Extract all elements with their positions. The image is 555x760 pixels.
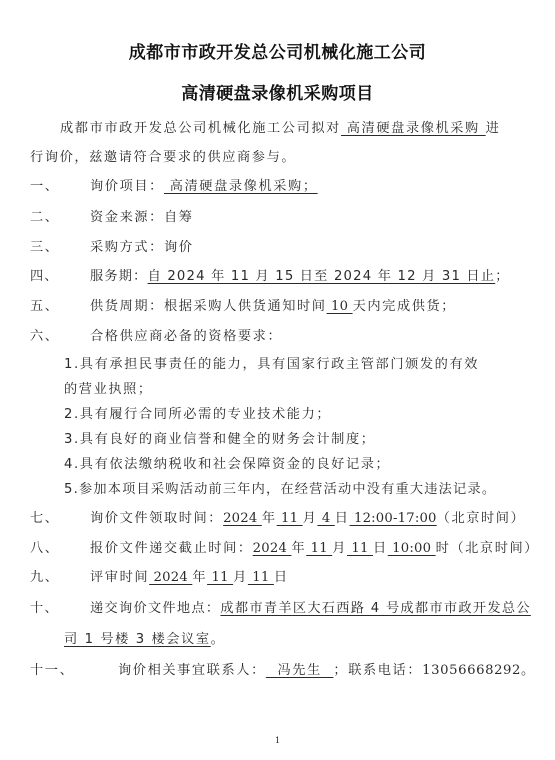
- section-label: 采购方式：: [90, 240, 164, 255]
- contact-person: 冯先生: [266, 663, 334, 678]
- year-value: 2024: [223, 511, 262, 526]
- section-quote-deadline: 八、报价文件递交截止时间：2024 年 11 月 11 日 10:00 时（北京…: [30, 537, 539, 556]
- intro-paragraph-line2: 行询价，兹邀请符合要求的供应商参与。: [30, 146, 296, 165]
- requirement-item-1: 1.具有承担民事责任的能力，具有国家行政主管部门颁发的有效: [64, 353, 479, 372]
- section-number: 六、: [30, 325, 90, 344]
- deadline-time: 10:00: [388, 541, 436, 556]
- section-number: 一、: [30, 175, 90, 194]
- requirement-item-2: 2.具有履行合同所必需的专业技术能力；: [64, 403, 331, 422]
- section-funding-source: 二、资金来源：自筹: [30, 206, 194, 225]
- section-value: 高清硬盘录像机采购；: [164, 179, 318, 194]
- section-value: 询价: [164, 240, 194, 255]
- document-title-company: 成都市市政开发总公司机械化施工公司: [0, 38, 555, 63]
- requirement-item-4: 4.具有依法缴纳税收和社会保障资金的良好记录；: [64, 453, 390, 472]
- section-label: 询价相关事宜联系人：: [118, 663, 266, 678]
- year-unit: 年: [262, 511, 277, 526]
- address-line1: 成都市青羊区大石西路 4 号成都市市政开发总公: [220, 601, 530, 616]
- section-tail: ；: [495, 269, 509, 284]
- section-label: 供货周期：: [90, 299, 164, 314]
- section-number: 九、: [30, 566, 90, 585]
- month-unit: 月: [332, 541, 347, 556]
- month-unit: 月: [303, 511, 318, 526]
- section-number: 八、: [30, 537, 90, 556]
- address-line2: 司 1 号楼 3 楼会议室: [64, 632, 211, 647]
- month-value: 11: [277, 511, 303, 526]
- year-unit: 年: [291, 541, 306, 556]
- contact-end: 。: [521, 663, 536, 678]
- section-number: 五、: [30, 295, 90, 314]
- section-label: 询价文件领取时间：: [90, 511, 223, 526]
- section-label: 递交询价文件地点：: [90, 601, 220, 616]
- section-label: 服务期：: [90, 269, 148, 284]
- year-unit: 年: [192, 570, 207, 585]
- intro-paragraph-line1: 成都市市政开发总公司机械化施工公司拟对 高清硬盘录像机采购 进: [60, 117, 500, 136]
- intro-prefix: 成都市市政开发总公司机械化施工公司拟对: [60, 121, 341, 136]
- section-delivery-period: 五、供货周期：根据采购人供货通知时间 10 天内完成供货；: [30, 295, 456, 314]
- section-submission-location: 十、递交询价文件地点：成都市青羊区大石西路 4 号成都市市政开发总公: [30, 597, 531, 616]
- page-number: 1: [0, 736, 555, 745]
- year-value: 2024: [149, 570, 192, 585]
- phone-number: 13056668292: [422, 663, 521, 678]
- hour-unit: 时: [436, 541, 451, 556]
- section-submission-location-cont: 司 1 号楼 3 楼会议室。: [64, 628, 225, 647]
- timezone-note: （北京时间）: [450, 541, 539, 556]
- day-unit: 日: [373, 541, 388, 556]
- time-range: 12:00-17:00: [350, 511, 437, 526]
- section-service-period: 四、服务期：自 2024 年 11 月 15 日至 2024 年 12 月 31…: [30, 265, 510, 284]
- address-end: 。: [211, 632, 226, 647]
- day-value: 11: [347, 541, 373, 556]
- day-unit: 日: [335, 511, 350, 526]
- section-review-date: 九、评审时间 2024 年 11 月 11 日: [30, 566, 289, 585]
- section-inquiry-project: 一、询价项目： 高清硬盘录像机采购；: [30, 175, 318, 194]
- document-page: 成都市市政开发总公司机械化施工公司 高清硬盘录像机采购项目 成都市市政开发总公司…: [0, 0, 555, 760]
- section-number: 四、: [30, 265, 90, 284]
- phone-label: ；联系电话：: [333, 663, 422, 678]
- section-doc-collection-time: 七、询价文件领取时间：2024 年 11 月 4 日 12:00-17:00（北…: [30, 507, 525, 526]
- month-value: 11: [207, 570, 233, 585]
- delivery-pre: 根据采购人供货通知时间: [164, 299, 327, 314]
- intro-suffix: 进: [486, 121, 501, 136]
- delivery-post: 天内完成供货；: [353, 299, 457, 314]
- month-value: 11: [306, 541, 332, 556]
- section-number: 七、: [30, 507, 90, 526]
- section-value: 自筹: [164, 210, 194, 225]
- requirement-item-3: 3.具有良好的商业信誉和健全的财务会计制度；: [64, 428, 376, 447]
- document-title-project: 高清硬盘录像机采购项目: [0, 79, 555, 104]
- section-procurement-method: 三、采购方式：询价: [30, 236, 194, 255]
- section-qualifications: 六、合格供应商必备的资格要求：: [30, 325, 282, 344]
- intro-project-name: 高清硬盘录像机采购: [341, 121, 486, 136]
- section-contact: 十一、询价相关事宜联系人： 冯先生 ；联系电话：13056668292。: [30, 659, 536, 678]
- service-period-value: 自 2024 年 11 月 15 日至 2024 年 12 月 31 日止: [148, 269, 496, 284]
- day-value: 4: [317, 511, 334, 526]
- section-label: 询价项目：: [90, 179, 164, 194]
- year-value: 2024: [253, 541, 292, 556]
- section-number: 二、: [30, 206, 90, 225]
- month-unit: 月: [233, 570, 248, 585]
- section-number: 十一、: [30, 659, 118, 678]
- section-label: 报价文件递交截止时间：: [90, 541, 253, 556]
- day-unit: 日: [274, 570, 289, 585]
- delivery-days: 10: [327, 299, 353, 314]
- section-number: 十、: [30, 597, 90, 616]
- timezone-note: （北京时间）: [437, 511, 526, 526]
- section-label: 合格供应商必备的资格要求：: [90, 329, 282, 344]
- section-number: 三、: [30, 236, 90, 255]
- section-label: 评审时间: [90, 570, 149, 585]
- section-label: 资金来源：: [90, 210, 164, 225]
- requirement-item-5: 5.参加本项目采购活动前三年内，在经营活动中没有重大违法记录。: [64, 478, 496, 497]
- requirement-item-1-cont: 的营业执照；: [64, 378, 153, 397]
- day-value: 11: [248, 570, 274, 585]
